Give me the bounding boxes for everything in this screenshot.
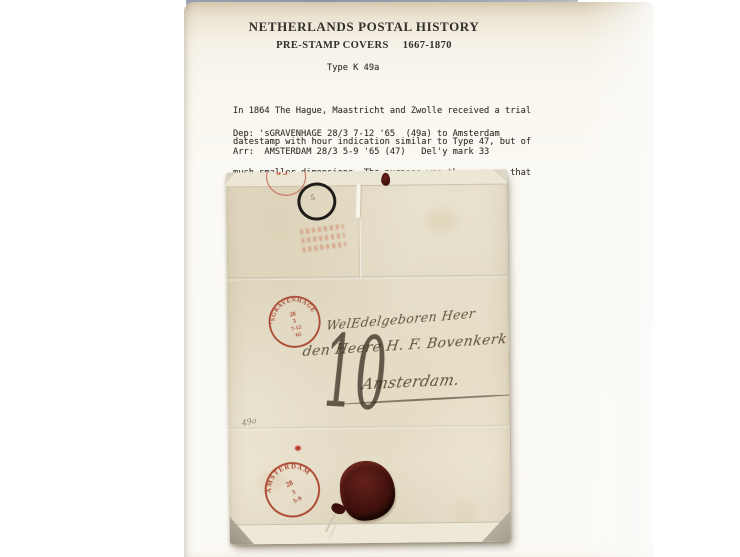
page-title: NETHERLANDS POSTAL HISTORY [186, 19, 542, 35]
description-line: In 1864 The Hague, Maastricht and Zwolle… [233, 106, 531, 116]
pencil-note: 49a [241, 416, 258, 428]
dep-cds-month: 3 [292, 318, 296, 325]
postal-cover: 65 5 'SGRAVENHAGE 28 3 7-12 '65 WelEdelg… [226, 170, 511, 545]
photo-of-exhibit-page: NETHERLANDS POSTAL HISTORY PRE-STAMP COV… [0, 0, 740, 557]
vertical-crease [360, 216, 362, 278]
arr-cds-month: 3 [291, 488, 298, 496]
page-subtitle: PRE-STAMP COVERS1667-1870 [186, 40, 542, 51]
series-dates: 1667-1870 [403, 40, 452, 51]
dep-cds-day: 28 [289, 311, 296, 318]
small-wax-spot [381, 173, 390, 186]
dep-cds-year: '65 [294, 331, 303, 339]
wax-seal [336, 458, 398, 524]
arr-cds-day: 28 [285, 479, 295, 490]
amsterdam-datestamp: AMSTERDAM 28 3 5-9 [249, 447, 335, 533]
arrival-line: Arr: AMSTERDAM 28/3 5-9 '65 (47) Del'y m… [233, 147, 489, 157]
cover-bottom-fold [230, 522, 511, 545]
svg-text:AMSTERDAM: AMSTERDAM [258, 455, 313, 497]
type-heading: Type K 49a [327, 63, 379, 73]
circle-mark-digit: 5 [310, 193, 315, 202]
paper-slit [356, 184, 361, 218]
paper-stain [426, 210, 456, 232]
faint-red-handstamp [300, 224, 348, 264]
manuscript-rate-mark: 10 [323, 321, 387, 425]
departure-line: Dep: 'sGRAVENHAGE 28/3 7-12 '65 (49a) to… [233, 129, 500, 139]
fold-crease [227, 275, 508, 281]
arr-cds-town: AMSTERDAM [258, 455, 313, 497]
series-label: PRE-STAMP COVERS [276, 40, 389, 51]
